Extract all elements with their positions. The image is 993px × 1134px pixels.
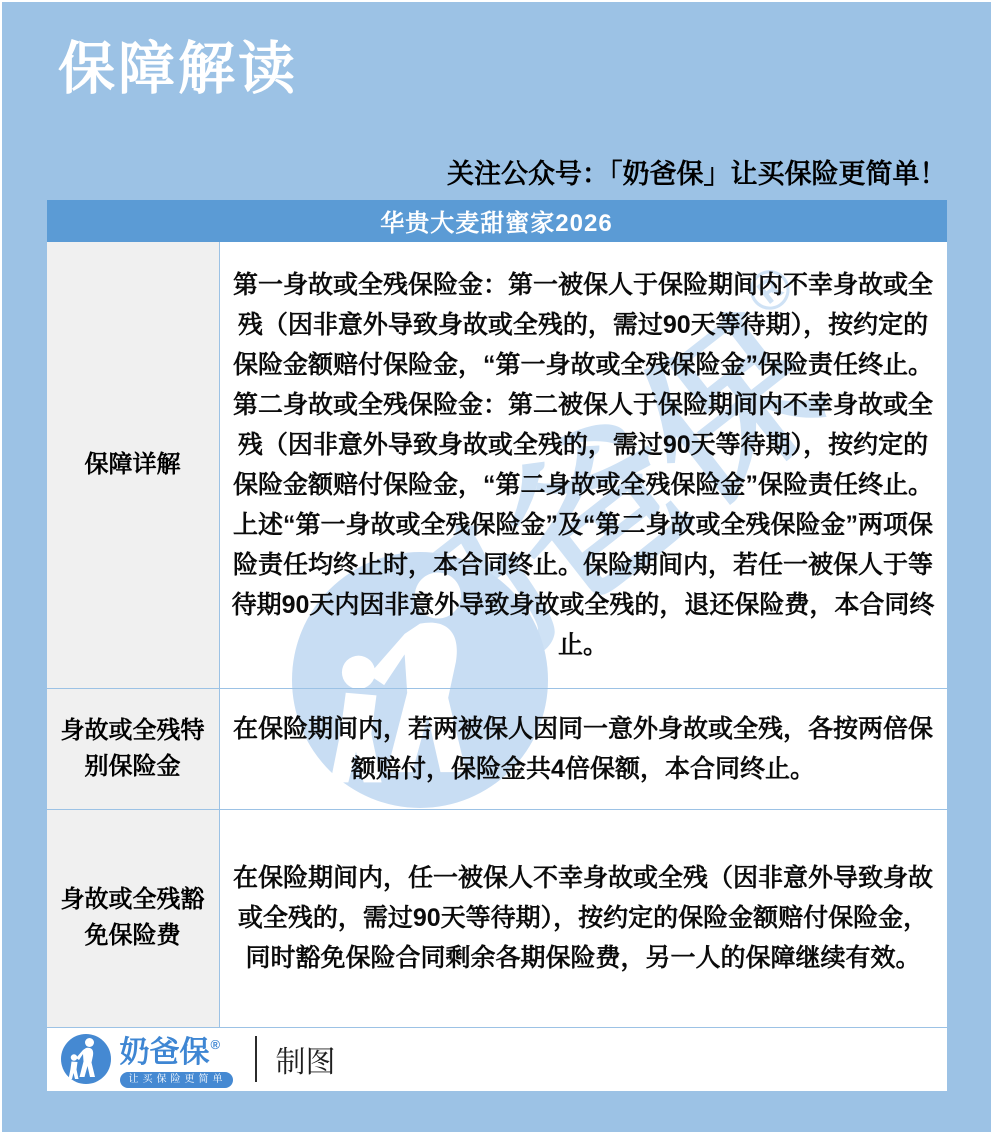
table-row: 身故或全残豁免保险费 在保险期间内，任一被保人不幸身故或全残（因非意外导致身故或…: [47, 810, 947, 1028]
row-content-special-benefit: 在保险期间内，若两被保人因同一意外身故或全残，各按两倍保额赔付，保险金共4倍保额…: [220, 689, 947, 809]
table-body: 奶爸保® 保障详解 第一身故或全残保险金：第一被保人于保险期间内不幸身故或全残（…: [47, 242, 947, 1091]
brand-registered-mark: ®: [211, 1037, 221, 1052]
brand-name-label: 奶爸保: [120, 1036, 210, 1069]
row-label-special-benefit: 身故或全残特别保险金: [47, 689, 220, 809]
row-label-benefit-detail: 保障详解: [47, 242, 220, 688]
row-content-premium-waiver: 在保险期间内，任一被保人不幸身故或全残（因非意外导致身故或全残的，需过90天等待…: [220, 810, 947, 1027]
page-title: 保障解读: [2, 2, 991, 101]
footer-divider: [255, 1036, 257, 1082]
table-row: 保障详解 第一身故或全残保险金：第一被保人于保险期间内不幸身故或全残（因非意外导…: [47, 242, 947, 689]
brand-name: 奶爸保®: [120, 1030, 233, 1068]
brand-tagline: 让买保险更简单: [120, 1072, 233, 1088]
naibabao-logo-icon: [61, 1034, 111, 1084]
poster-page: 保障解读 关注公众号：「奶爸保」让买保险更简单！ 华贵大麦甜蜜家2026 奶爸保…: [0, 0, 993, 1134]
table-row: 身故或全残特别保险金 在保险期间内，若两被保人因同一意外身故或全残，各按两倍保额…: [47, 689, 947, 810]
benefits-table: 华贵大麦甜蜜家2026 奶爸保® 保障详解 第一身故或全残保险金：第一被保人于保…: [47, 200, 947, 1091]
product-name-header: 华贵大麦甜蜜家2026: [47, 200, 947, 242]
footer-bar: 奶爸保® 让买保险更简单 制图: [47, 1028, 947, 1091]
brand-block: 奶爸保® 让买保险更简单: [120, 1030, 233, 1088]
subscribe-banner: 关注公众号：「奶爸保」让买保险更简单！: [47, 155, 947, 193]
row-label-premium-waiver: 身故或全残豁免保险费: [47, 810, 220, 1027]
footer-caption: 制图: [276, 1037, 336, 1081]
row-content-benefit-detail: 第一身故或全残保险金：第一被保人于保险期间内不幸身故或全残（因非意外导致身故或全…: [220, 242, 947, 688]
